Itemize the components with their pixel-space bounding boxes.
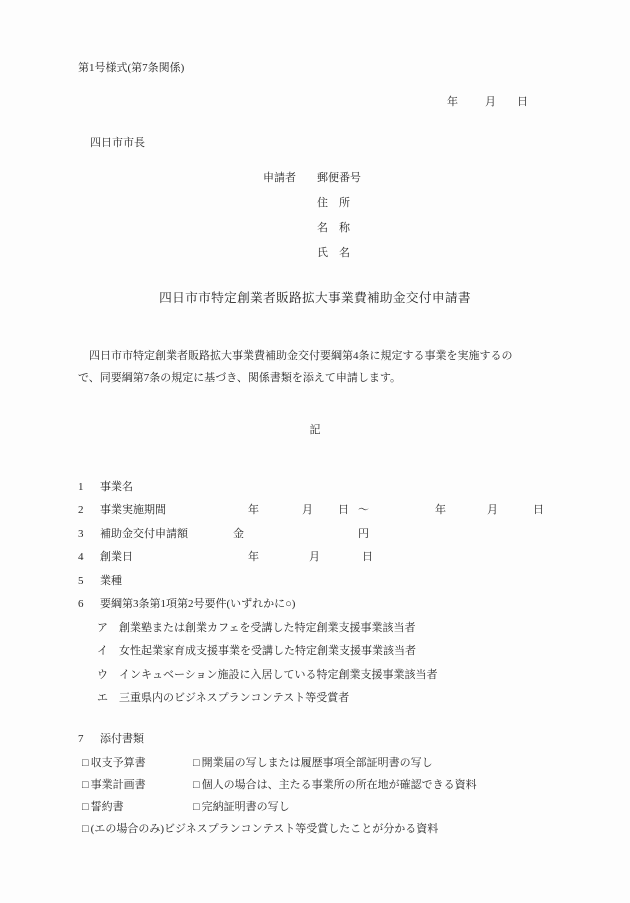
attachment-tax-certificate-label: 完納証明書の写し (202, 801, 290, 813)
item-1-number: 1 (78, 480, 100, 495)
applicant-person-label: 氏 名 (317, 246, 361, 261)
period-end-day-label: 日 (533, 503, 544, 518)
form-number: 第1号様式(第7条関係) (78, 61, 184, 76)
item-5-industry: 5業種 (78, 574, 122, 589)
attachment-office-location-cell: □個人の場合は、主たる事業所の所在地が確認できる資料 (193, 779, 477, 791)
item-4-number: 4 (78, 550, 100, 565)
item-3-label: 補助金交付申請額 (100, 528, 188, 540)
attachment-business-plan-label: 事業計画書 (91, 779, 146, 791)
option-i-text: 女性起業家育成支援事業を受講した特定創業支援事業該当者 (119, 645, 416, 657)
date-month-label: 月 (485, 96, 496, 108)
period-end-month-label: 月 (487, 503, 498, 518)
item-6-number: 6 (78, 597, 100, 612)
item-4-label: 創業日 (100, 551, 133, 563)
attachment-business-plan-cell: □事業計画書 (82, 778, 193, 793)
date-year-label: 年 (447, 96, 458, 108)
option-u-text: インキュベーション施設に入居している特定創業支援事業該当者 (119, 669, 438, 681)
founding-month-label: 月 (309, 550, 320, 565)
ki-marker: 記 (0, 423, 630, 438)
attachment-opening-notice-label: 開業届の写しまたは履歴事項全部証明書の写し (202, 757, 433, 769)
option-a-letter: ア (97, 621, 119, 636)
period-start-month-label: 月 (302, 503, 313, 518)
attachment-tax-certificate-cell: □完納証明書の写し (193, 801, 290, 813)
checkbox-icon: □ (193, 779, 200, 791)
period-start-year-label: 年 (248, 503, 259, 518)
item-2-business-period: 2事業実施期間年月日～年月日 (78, 503, 166, 518)
option-row-e: エ三重県内のビジネスプランコンテスト等受賞者 (97, 691, 349, 706)
option-i-letter: イ (97, 644, 119, 659)
applicant-address-label: 住 所 (317, 196, 361, 211)
applicant-line: 申請者郵便番号 (263, 171, 361, 186)
checkbox-icon: □ (82, 757, 89, 769)
checkbox-icon: □ (82, 801, 89, 813)
item-6-label: 要綱第3条第1項第2号要件(いずれかに○) (100, 598, 295, 610)
checkbox-icon: □ (193, 801, 200, 813)
attachment-pledge-label: 誓約書 (91, 801, 124, 813)
attachment-row-4: □(エの場合のみ)ビジネスプランコンテスト等受賞したことが分かる資料 (82, 822, 438, 837)
option-e-letter: エ (97, 691, 119, 706)
applicant-name-label: 名 称 (317, 221, 361, 236)
item-2-label: 事業実施期間 (100, 504, 166, 516)
date-line: 年月日 (447, 95, 528, 110)
item-4-founding-date: 4創業日年月日 (78, 550, 133, 565)
option-e-text: 三重県内のビジネスプランコンテスト等受賞者 (119, 692, 349, 704)
attachment-row-2: □事業計画書□個人の場合は、主たる事業所の所在地が確認できる資料 (82, 778, 477, 793)
attachment-budget-cell: □収支予算書 (82, 756, 193, 771)
item-1-business-name: 1事業名 (78, 480, 133, 495)
item-5-number: 5 (78, 574, 100, 589)
option-row-i: イ女性起業家育成支援事業を受講した特定創業支援事業該当者 (97, 644, 416, 659)
checkbox-icon: □ (82, 779, 89, 791)
item-3-subsidy-amount: 3補助金交付申請額金円 (78, 527, 188, 542)
checkbox-icon: □ (82, 823, 89, 835)
attachment-pledge-cell: □誓約書 (82, 800, 193, 815)
attachment-contest-proof-label: (エの場合のみ)ビジネスプランコンテスト等受賞したことが分かる資料 (91, 823, 439, 835)
attachment-budget-label: 収支予算書 (91, 757, 146, 769)
option-row-a: ア創業塾または創業カフェを受講した特定創業支援事業該当者 (97, 621, 415, 636)
option-a-text: 創業塾または創業カフェを受講した特定創業支援事業該当者 (119, 622, 415, 634)
period-end-year-label: 年 (435, 503, 446, 518)
item-7-number: 7 (78, 732, 100, 747)
item-7-label: 添付書類 (100, 733, 144, 745)
date-day-label: 日 (517, 96, 528, 108)
item-6-requirements: 6要綱第3条第1項第2号要件(いずれかに○) (78, 597, 295, 612)
amount-suffix-label: 円 (358, 527, 369, 542)
option-row-u: ウインキュベーション施設に入居している特定創業支援事業該当者 (97, 668, 438, 683)
item-7-attachments: 7添付書類 (78, 732, 144, 747)
item-2-number: 2 (78, 503, 100, 518)
attachment-office-location-label: 個人の場合は、主たる事業所の所在地が確認できる資料 (202, 779, 477, 791)
attachment-row-3: □誓約書□完納証明書の写し (82, 800, 290, 815)
checkbox-icon: □ (193, 757, 200, 769)
period-tilde: ～ (358, 503, 369, 518)
option-u-letter: ウ (97, 668, 119, 683)
attachment-row-1: □収支予算書□開業届の写しまたは履歴事項全部証明書の写し (82, 756, 433, 771)
body-paragraph-line-2: で、同要綱第7条の規定に基づき、関係書類を添えて申請します。 (78, 371, 401, 386)
period-start-day-label: 日 (338, 503, 349, 518)
page-title: 四日市市特定創業者販路拡大事業費補助金交付申請書 (0, 291, 630, 306)
item-5-label: 業種 (100, 575, 122, 587)
applicant-postal-label: 郵便番号 (317, 172, 361, 184)
amount-prefix-label: 金 (233, 527, 244, 542)
application-form-page: 第1号様式(第7条関係) 年月日 四日市市長 申請者郵便番号 住 所 名 称 氏… (0, 0, 630, 903)
founding-day-label: 日 (362, 550, 373, 565)
body-paragraph-line-1: 四日市市特定創業者販路拡大事業費補助金交付要綱第4条に規定する事業を実施するの (78, 349, 513, 364)
founding-year-label: 年 (248, 550, 259, 565)
applicant-label: 申請者 (263, 172, 296, 184)
addressee: 四日市市長 (90, 136, 145, 151)
item-1-label: 事業名 (100, 481, 133, 493)
attachment-opening-notice-cell: □開業届の写しまたは履歴事項全部証明書の写し (193, 757, 433, 769)
item-3-number: 3 (78, 527, 100, 542)
